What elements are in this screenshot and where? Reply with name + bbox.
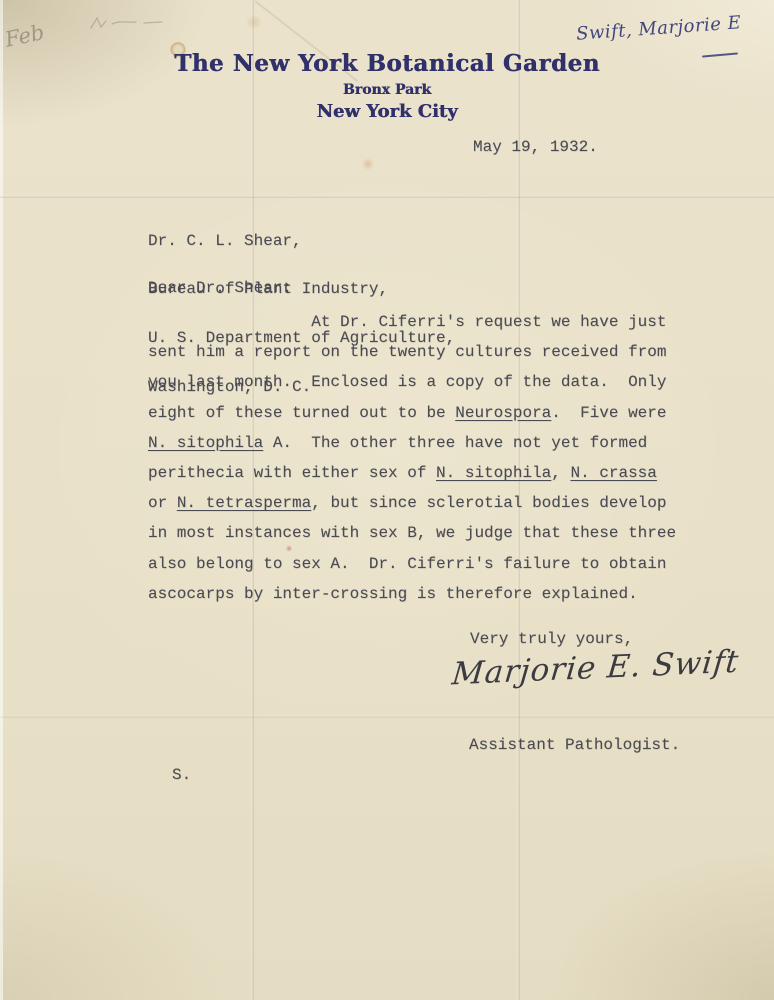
letter-body-line: eight of these turned out to be Neurospo… — [148, 398, 676, 428]
letter-body-line: N. sitophila A. The other three have not… — [148, 428, 676, 458]
letterhead-organization: The New York Botanical Garden — [0, 50, 774, 77]
letter-body-line: or N. tetrasperma, but since sclerotial … — [148, 488, 676, 518]
closing-line: Very truly yours, — [470, 630, 633, 648]
fold-crease-horizontal-bottom — [0, 715, 774, 718]
paper-stain — [362, 158, 374, 170]
letter-body-line: you last month. Enclosed is a copy of th… — [148, 367, 676, 397]
letter-body-line: sent him a report on the twenty cultures… — [148, 337, 676, 367]
handwritten-signature: Marjorie E. Swift — [450, 644, 740, 693]
letterhead-address-line1: Bronx Park — [0, 82, 774, 98]
typist-initials: S. — [172, 766, 191, 784]
recipient-name: Dr. C. L. Shear, — [148, 233, 455, 249]
date-line: May 19, 1932. — [473, 138, 598, 156]
paper-stain — [244, 16, 264, 28]
pencil-scribble — [88, 14, 168, 36]
letter-body-line: ascocarps by inter-crossing is therefore… — [148, 579, 676, 609]
filing-annotation: Swift, Marjorie E — [575, 12, 741, 44]
letter-body-line: also belong to sex A. Dr. Ciferri's fail… — [148, 549, 676, 579]
scan-edge — [0, 0, 3, 1000]
pencil-annotation: Feb — [3, 20, 46, 52]
letter-body-line: perithecia with either sex of N. sitophi… — [148, 458, 676, 488]
letter-body-line: At Dr. Ciferri's request we have just — [148, 307, 676, 337]
letter-page: Feb Swift, Marjorie E The New York Botan… — [0, 0, 774, 1000]
salutation: Dear Dr. Shear: — [148, 279, 292, 297]
signer-title: Assistant Pathologist. — [469, 736, 680, 754]
fold-crease-horizontal-top — [0, 195, 774, 198]
letter-body-line: in most instances with sex B, we judge t… — [148, 518, 676, 548]
letter-body: At Dr. Ciferri's request we have justsen… — [148, 307, 676, 609]
letterhead-address-line2: New York City — [0, 101, 774, 122]
